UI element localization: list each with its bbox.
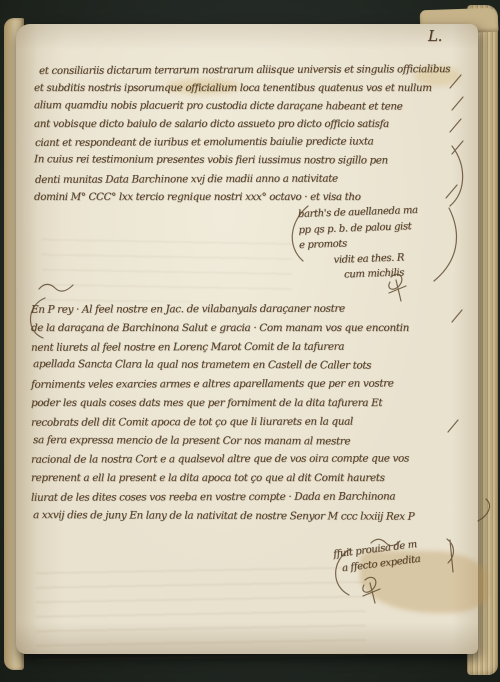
show-through-text <box>36 560 366 664</box>
manuscript-line: reprenent a ell la present e la dita apo… <box>31 469 461 488</box>
manuscript-line: a xxvij dies de juny En lany de la nativ… <box>33 506 463 527</box>
latin-entry: et consiliariis dictarum terrarum nostra… <box>34 61 460 206</box>
manuscript-line: apellada Sancta Clara la qual nos tramet… <box>33 355 463 376</box>
manuscript-line: En P rey · Al feel nostre en Jac. de vil… <box>31 299 461 319</box>
manuscript-line: denti munitas Data Barchinone xvj die ma… <box>35 169 461 189</box>
manuscript-page: L. et consiliariis dictarum terrarum nos… <box>16 24 478 654</box>
subscription-line: cum michilis <box>300 265 420 285</box>
manuscript-line: ciant et respondeant de iuribus et emolu… <box>35 132 461 152</box>
manuscript-line: et consiliariis dictarum terrarum nostra… <box>35 60 461 80</box>
catalan-entry: En P rey · Al feel nostre en Jac. de vil… <box>31 300 461 526</box>
manuscript-line: alium quamdiu nobis placuerit pro custod… <box>34 96 460 116</box>
manuscript-line: sa fera expressa mencio de la present Co… <box>33 431 463 452</box>
manuscript-photo: L. et consiliariis dictarum terrarum nos… <box>0 0 500 682</box>
manuscript-line: recobrats dell dit Comit apoca de tot ço… <box>31 412 461 432</box>
manuscript-line: poder les quals coses dats mes que per f… <box>31 394 461 413</box>
show-through-text <box>42 230 292 302</box>
manuscript-line: nent liurets al feel nostre en Lorenç Ma… <box>31 337 461 357</box>
manuscript-line: In cuius rei testimonium presentes vobis… <box>34 151 460 171</box>
folio-mark: L. <box>428 27 442 45</box>
manuscript-line: forniments veles exarcies armes e altres… <box>31 374 461 394</box>
manuscript-line: de la daraçana de Barchinona Salut e gra… <box>31 319 461 338</box>
manuscript-line: liurat de les dites coses vos reeba en v… <box>31 487 461 507</box>
manuscript-line: et subditis nostris ipsorumque officiali… <box>34 79 460 97</box>
chancery-subscription: barth's de auellaneda ma pp qs p. b. de … <box>298 203 420 285</box>
manuscript-line: racional de la nostra Cort e a qualsevol… <box>31 450 461 470</box>
manuscript-line: ant vobisque dicto baiulo de salario dic… <box>34 115 460 133</box>
